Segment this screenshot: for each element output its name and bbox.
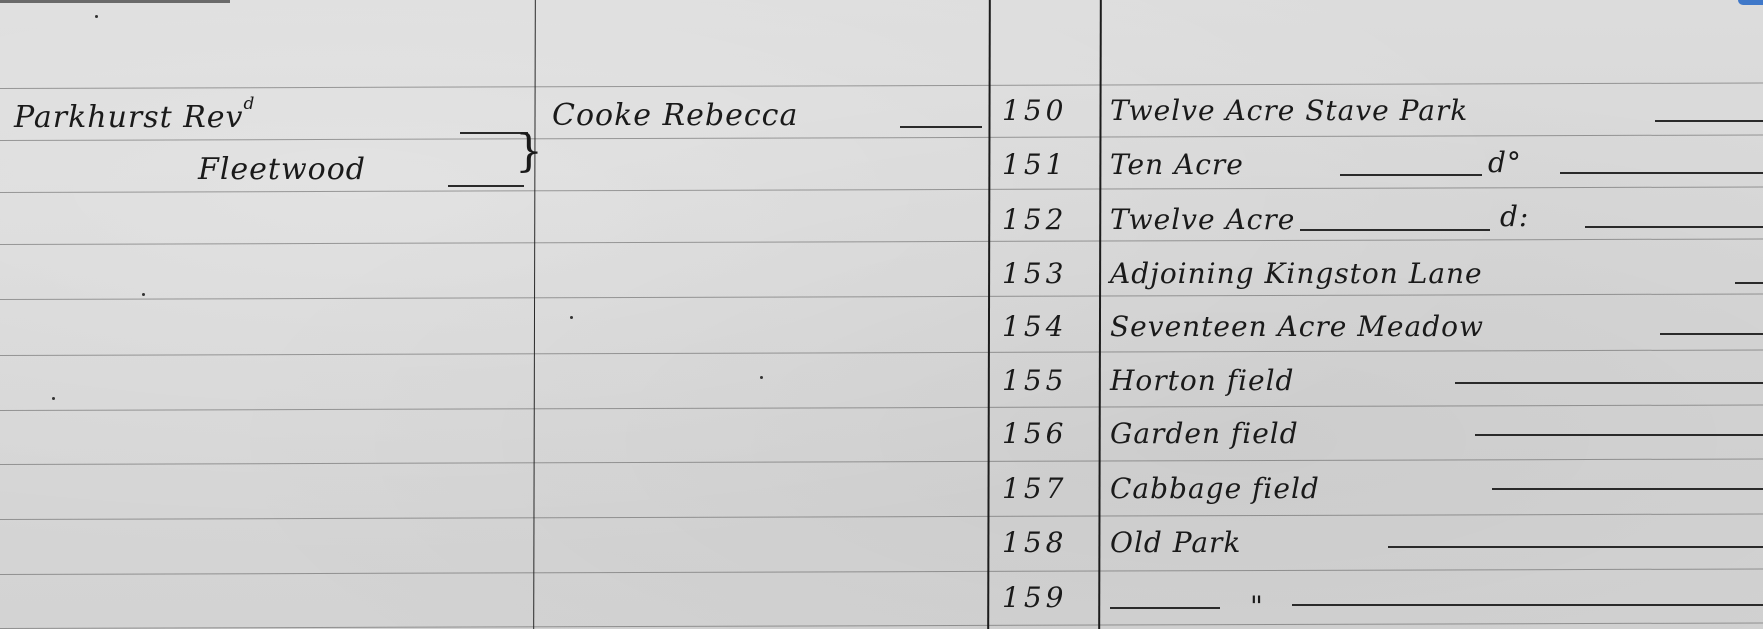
land-description: Adjoining Kingston Lane [1110, 257, 1483, 290]
column-divider-occupier-number [987, 0, 991, 629]
land-description: Twelve Acre [1110, 203, 1295, 236]
top-border-rule [0, 0, 230, 3]
land-description: Horton field [1110, 364, 1294, 397]
ruled-line [0, 134, 1763, 141]
land-description: Old Park [1110, 526, 1241, 559]
description-fill-dash [1110, 607, 1220, 609]
landowner-surname: Parkhurst Revd [14, 100, 255, 135]
description-fill-dash [1492, 488, 1763, 490]
paper-speck [52, 397, 55, 400]
ditto-mark: d: [1500, 200, 1529, 233]
description-fill-dash [1660, 333, 1763, 335]
description-fill-dash [1388, 546, 1763, 548]
description-fill-dash [1455, 382, 1763, 384]
ruled-line [0, 186, 1763, 193]
description-fill-dash [1735, 282, 1763, 284]
paper-speck [142, 293, 145, 296]
land-description: Seventeen Acre Meadow [1110, 310, 1484, 343]
ruled-line [0, 293, 1763, 300]
occupier-fill-dash [900, 126, 982, 128]
ruled-line [0, 568, 1763, 575]
ruled-line [0, 349, 1763, 356]
plot-number: 152 [1002, 203, 1067, 236]
ledger-page: Parkhurst Revd Fleetwood } Cooke Rebecca… [0, 0, 1763, 629]
landowner-title-suffix: d [244, 94, 256, 114]
plot-number: 150 [1002, 94, 1067, 127]
ruled-line [0, 404, 1763, 411]
land-description: Twelve Acre Stave Park [1110, 94, 1468, 127]
land-description: Garden field [1110, 417, 1299, 450]
description-fill-dash [1475, 434, 1763, 436]
paper-speck [760, 376, 763, 379]
corner-tab [1738, 0, 1763, 5]
plot-number: 155 [1002, 364, 1067, 397]
ditto-mark: d° [1488, 146, 1522, 179]
column-divider-landowner-occupier [533, 0, 536, 629]
landowner-fill-dash [448, 185, 524, 187]
land-description: Cabbage field [1110, 472, 1320, 505]
occupier-name: Cooke Rebecca [552, 98, 798, 133]
plot-number: 154 [1002, 310, 1067, 343]
landowner-surname-text: Parkhurst Rev [14, 100, 244, 135]
grouping-brace: } [515, 130, 543, 174]
plot-number: 151 [1002, 148, 1067, 181]
ruled-line [0, 82, 1763, 89]
ditto-mark: " [1250, 590, 1264, 623]
ruled-line [0, 458, 1763, 465]
description-fill-dash [1585, 226, 1763, 228]
paper-speck [95, 15, 98, 18]
paper-speck [570, 316, 573, 319]
ruled-line [0, 238, 1763, 245]
description-fill-dash [1655, 120, 1763, 122]
description-fill-dash [1340, 174, 1482, 176]
land-description: Ten Acre [1110, 148, 1244, 181]
plot-number: 159 [1002, 581, 1067, 614]
plot-number: 157 [1002, 472, 1067, 505]
description-fill-dash [1300, 229, 1490, 231]
landowner-given-name: Fleetwood [198, 152, 366, 187]
description-fill-dash [1560, 172, 1763, 174]
plot-number: 153 [1002, 257, 1067, 290]
plot-number: 158 [1002, 526, 1067, 559]
description-fill-dash [1292, 604, 1763, 606]
column-divider-number-description [1098, 0, 1102, 629]
plot-number: 156 [1002, 417, 1067, 450]
ruled-line [0, 622, 1763, 629]
ruled-line [0, 513, 1763, 520]
